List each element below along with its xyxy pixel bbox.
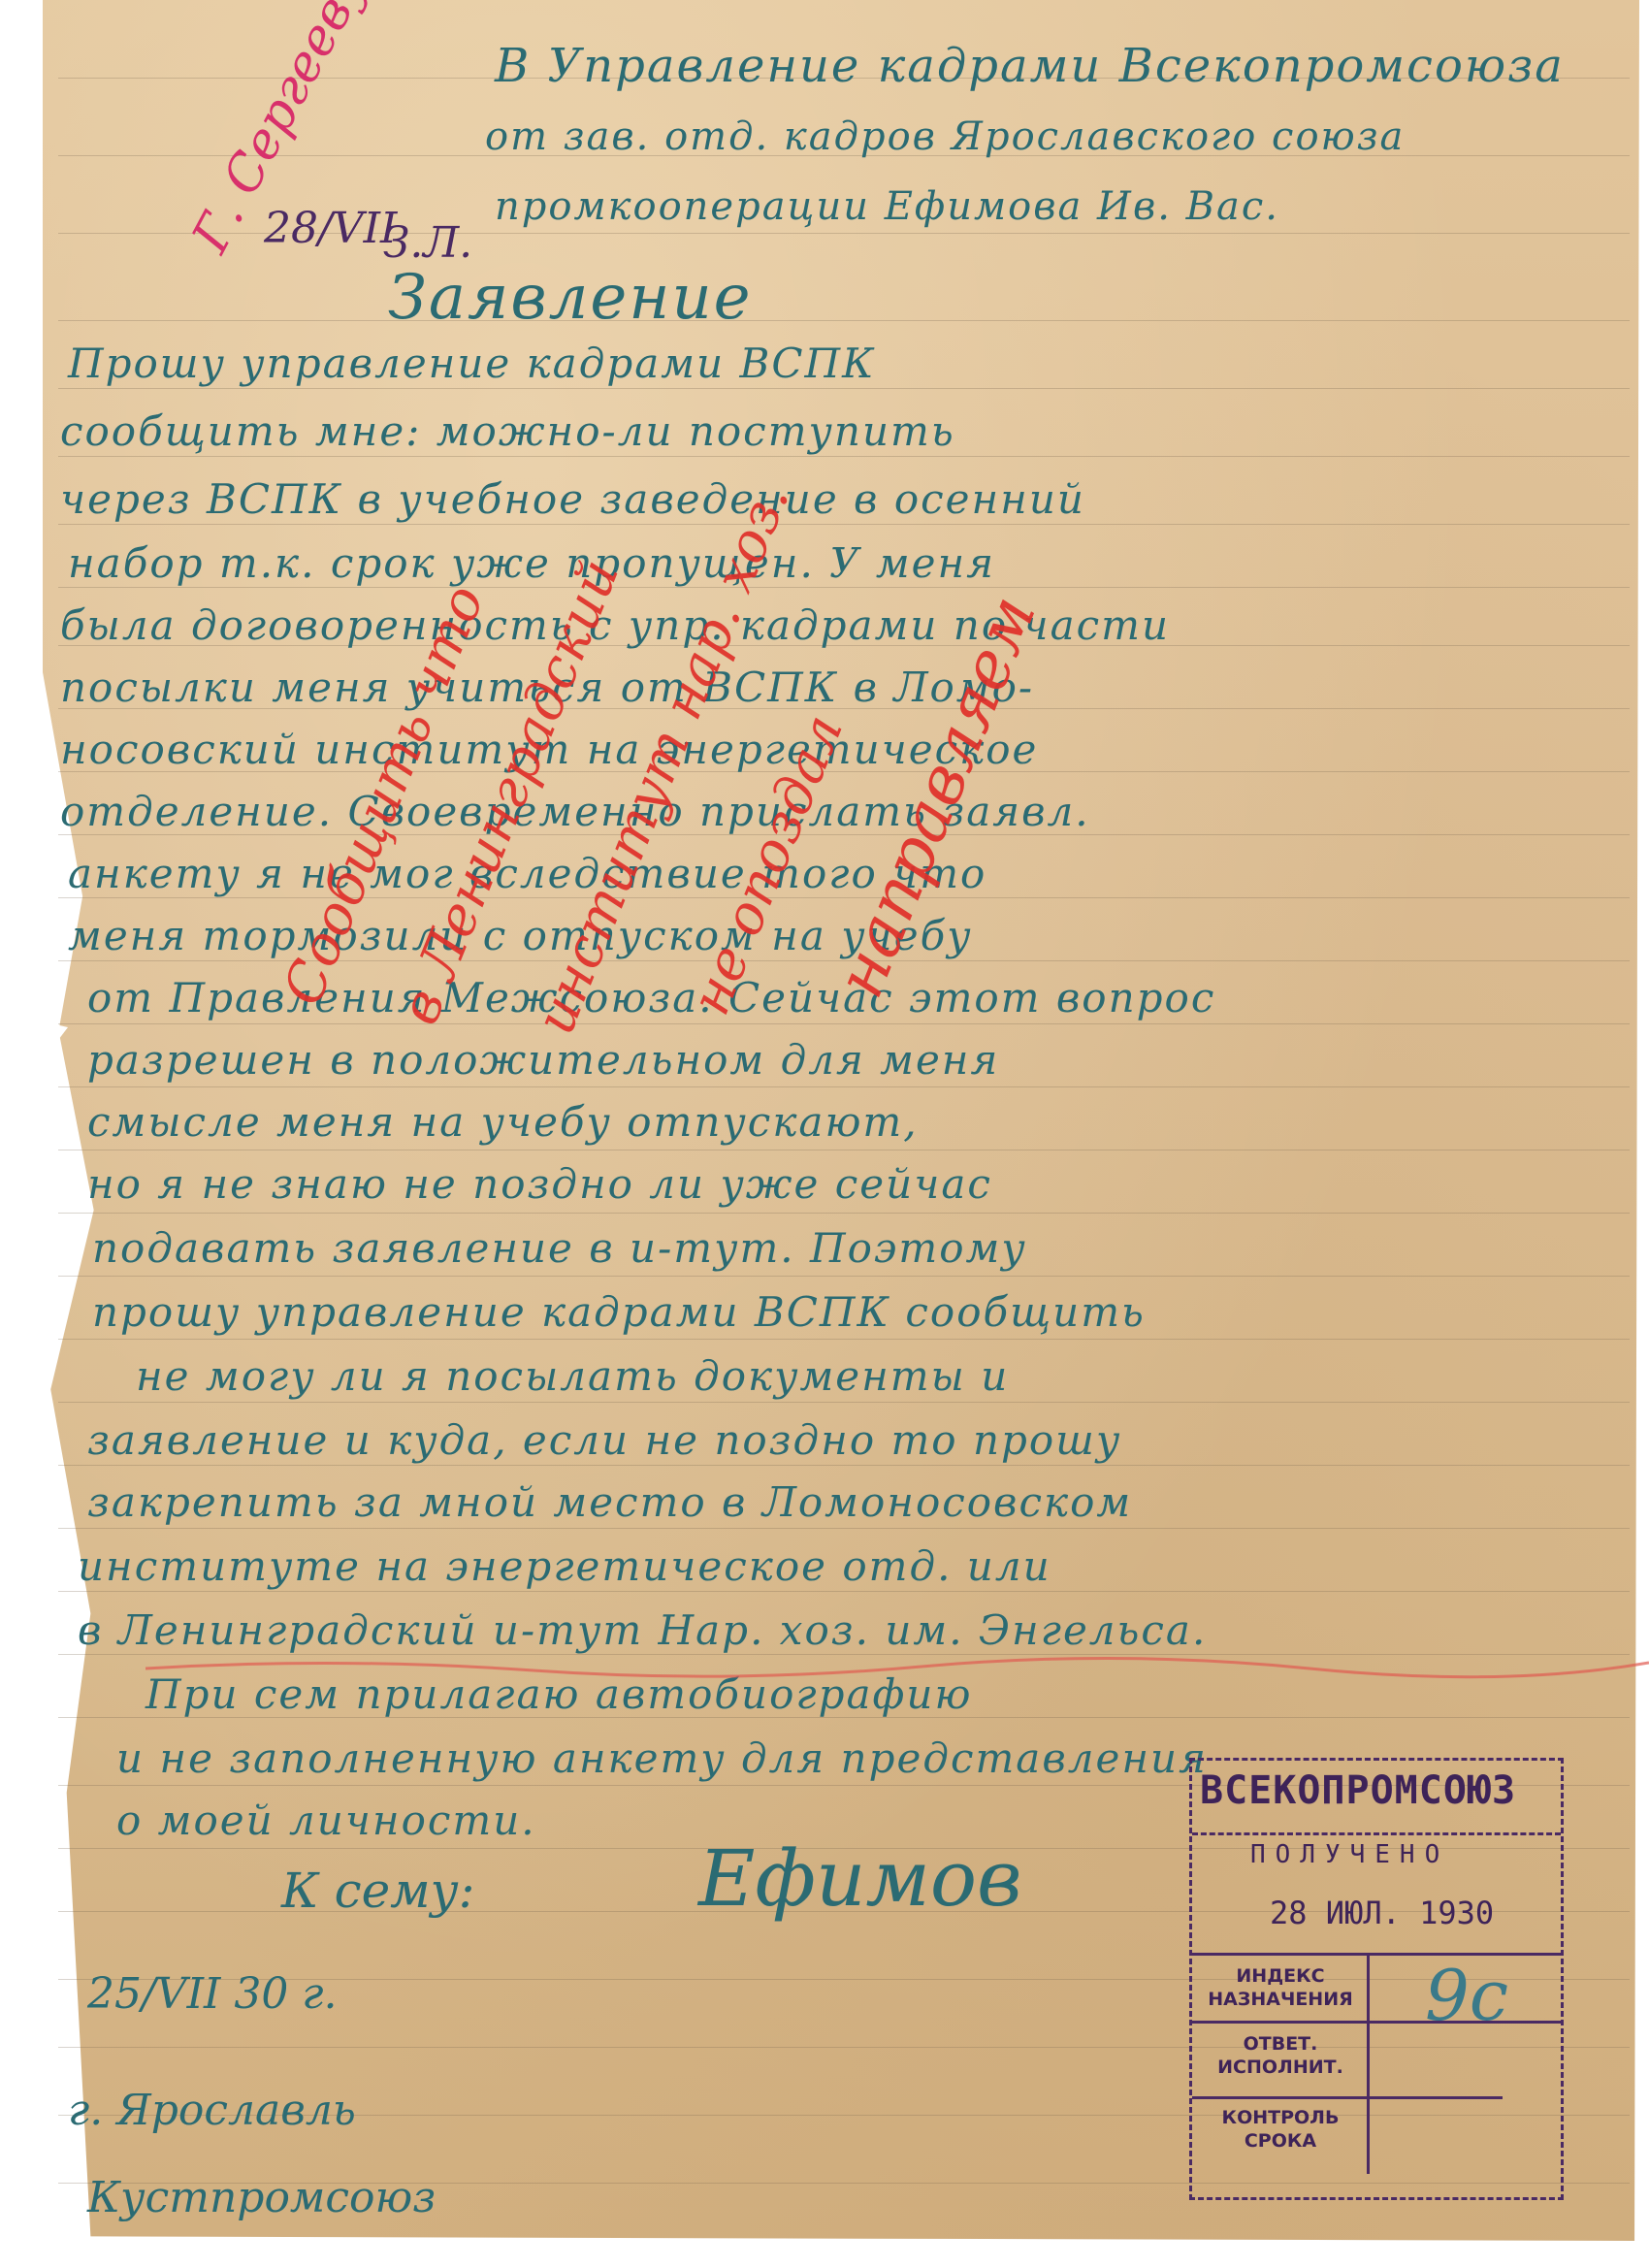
stamp-deadline-label: КОНТРОЛЬ СРОКА xyxy=(1198,2106,1363,2153)
body-line: Прошу управление кадрами ВСПК xyxy=(68,340,876,387)
header-line-addressee: В Управление кадрами Всекопромсоюза xyxy=(495,39,1565,93)
body-line: но я не знаю не поздно ли уже сейчас xyxy=(87,1160,992,1208)
signoff-label: К сему: xyxy=(281,1863,475,1919)
signoff-date: 25/VII 30 г. xyxy=(87,1969,338,2019)
body-line: прошу управление кадрами ВСПК сообщить xyxy=(92,1288,1146,1336)
body-line: подавать заявление в и-тут. Поэтому xyxy=(92,1224,1027,1272)
stamp-index-label: ИНДЕКС НАЗНАЧЕНИЯ xyxy=(1198,1964,1363,2011)
received-stamp: ВСЕКОПРОМСОЮЗ ПОЛУЧЕНО 28 ИЮЛ. 1930 ИНДЕ… xyxy=(1189,1758,1564,2200)
body-line: набор т.к. срок уже пропущен. У меня xyxy=(68,539,995,587)
body-line: не могу ли я посылать документы и xyxy=(136,1352,1009,1400)
body-line: и не заполненную анкету для представлени… xyxy=(116,1734,1208,1782)
body-line: разрешен в положительном для меня xyxy=(87,1036,999,1084)
red-underline-mark xyxy=(145,1649,1649,1688)
stamp-received-label: ПОЛУЧЕНО xyxy=(1250,1840,1449,1869)
stamp-date: 28 ИЮЛ. 1930 xyxy=(1270,1895,1494,1931)
header-line-sender-name: промкооперации Ефимова Ив. Вас. xyxy=(495,184,1279,229)
body-line: от Правления Межсоюза. Сейчас этот вопро… xyxy=(87,974,1215,1021)
body-line: в Ленинградский и-тут Нар. хоз. им. Энге… xyxy=(78,1606,1207,1654)
margin-initials-note: З.Л. xyxy=(383,218,472,268)
body-line: смысле меня на учебу отпускают, xyxy=(87,1098,919,1146)
margin-date-note: 28/VII xyxy=(264,204,397,253)
body-line: сообщить мне: можно-ли поступить xyxy=(60,407,955,455)
body-line: институте на энергетическое отд. или xyxy=(78,1542,1051,1590)
body-line: закрепить за мной место в Ломоносовском xyxy=(87,1478,1132,1526)
signoff-organization: Кустпромсоюз xyxy=(87,2173,436,2222)
stamp-executor-label: ОТВЕТ. ИСПОЛНИТ. xyxy=(1198,2032,1363,2079)
signature: Ефимов xyxy=(698,1833,1022,1924)
document-title: Заявление xyxy=(388,262,753,334)
body-line: анкету я не мог вследствие того что xyxy=(68,850,986,897)
header-line-sender: от зав. отд. кадров Ярославского союза xyxy=(485,114,1405,159)
stamp-index-value: 9с xyxy=(1425,1955,1508,2036)
body-line: через ВСПК в учебное заведение в осенний xyxy=(60,475,1085,523)
body-line: заявление и куда, если не поздно то прош… xyxy=(87,1416,1121,1464)
body-line: о моей личности. xyxy=(116,1797,536,1844)
signoff-place: г. Ярославль xyxy=(68,2086,356,2135)
stamp-organization: ВСЕКОПРОМСОЮЗ xyxy=(1200,1768,1553,1813)
